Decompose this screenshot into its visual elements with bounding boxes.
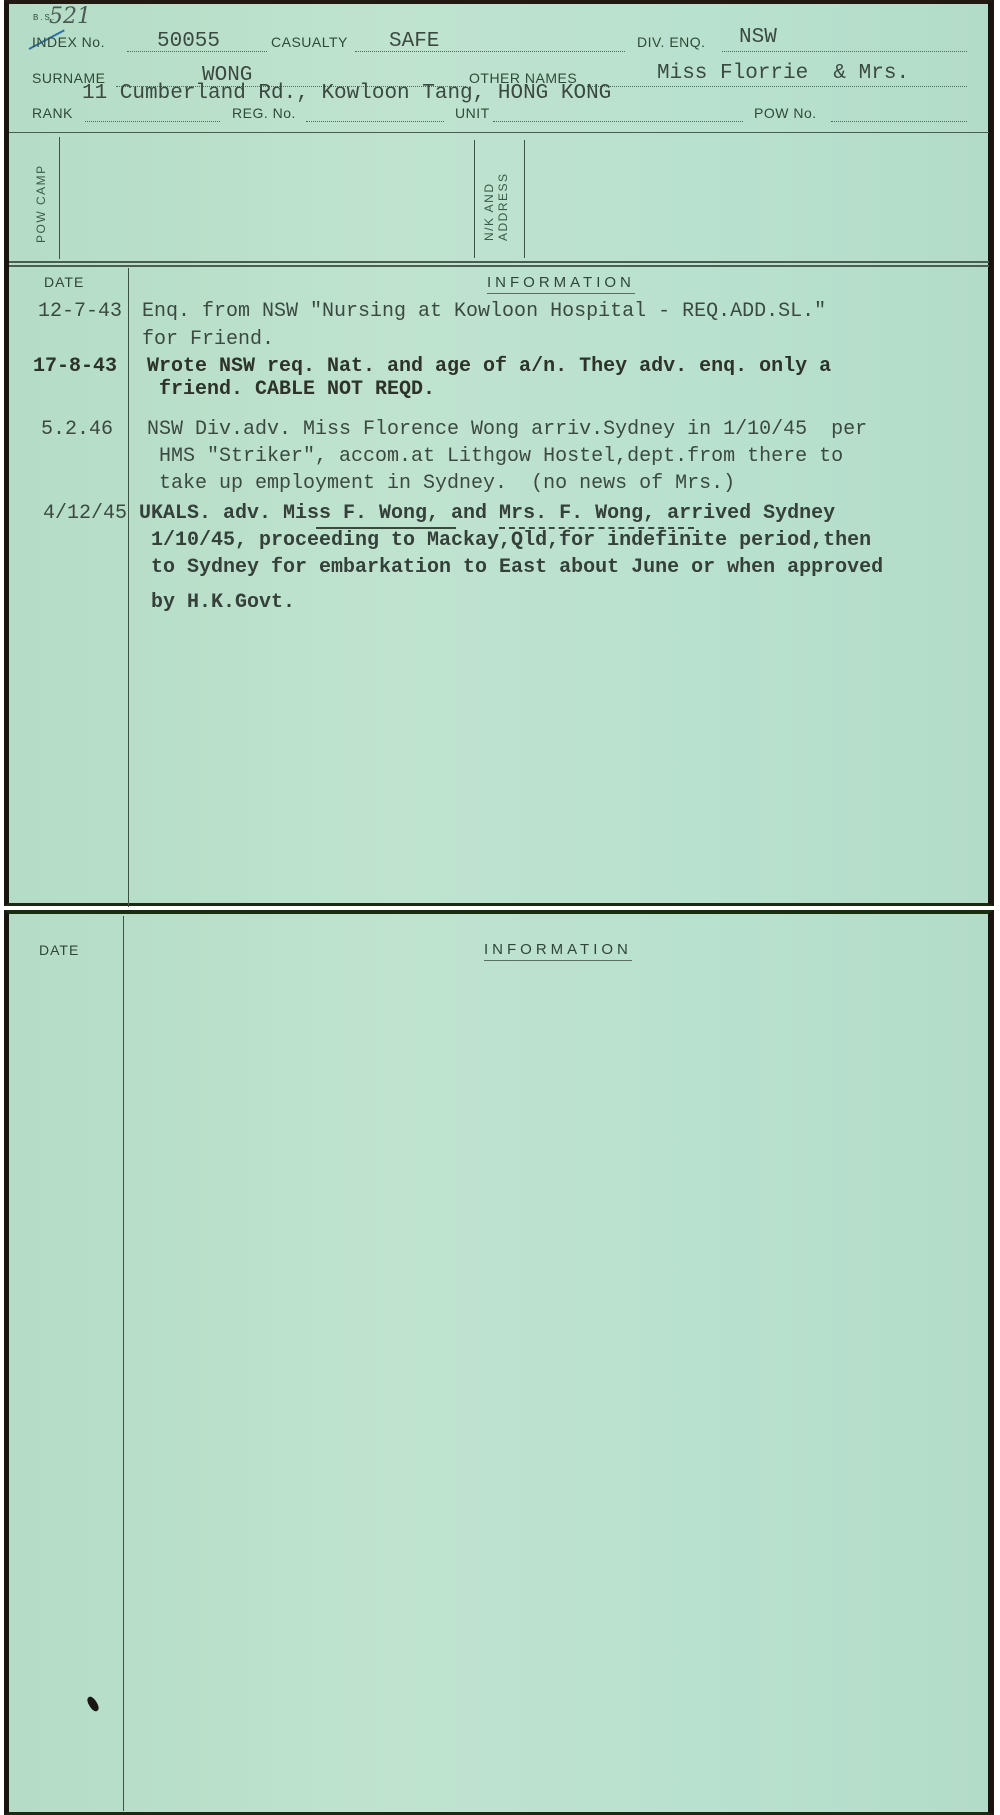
entry-text-line: by H.K.Govt. <box>139 591 295 614</box>
address-value: 11 Cumberland Rd., Kowloon Tang, HONG KO… <box>82 82 611 105</box>
casualty-value: SAFE <box>389 30 439 53</box>
reg-no-label: REG. No. <box>232 105 296 121</box>
other-names-value: Miss Florrie & Mrs. <box>657 62 909 85</box>
entry-date: 12-7-43 <box>9 300 122 323</box>
rank-dotted-line <box>85 121 220 122</box>
entry-text-line: Wrote NSW req. Nat. and age of a/n. They… <box>147 355 831 378</box>
nk-divider-left <box>474 140 475 258</box>
entry-text-line: HMS "Striker", accom.at Lithgow Hostel,d… <box>147 445 843 468</box>
nk-label-line2: ADDRESS <box>496 172 510 241</box>
information-header: INFORMATION <box>484 941 632 961</box>
pow-camp-divider <box>59 137 60 259</box>
date-header: DATE <box>39 942 79 958</box>
index-value: 50055 <box>157 30 220 53</box>
entry-text-line: NSW Div.adv. Miss Florence Wong arriv.Sy… <box>147 418 867 441</box>
other-names-dotted-line <box>587 86 967 87</box>
date-header: DATE <box>44 274 84 290</box>
unit-dotted-line <box>493 121 743 122</box>
pow-camp-label: POW CAMP <box>34 164 48 243</box>
entry-text-line: take up employment in Sydney. (no news o… <box>147 472 735 495</box>
pow-no-dotted-line <box>831 121 967 122</box>
information-header: INFORMATION <box>487 274 635 294</box>
entry-text-line: to Sydney for embarkation to East about … <box>139 556 883 579</box>
entry-text-line: UKALS. adv. Miss F. Wong, and Mrs. F. Wo… <box>139 502 835 525</box>
date-column-divider <box>128 268 129 907</box>
div-enq-value: NSW <box>739 26 777 49</box>
entry-text-line: for Friend. <box>142 328 274 351</box>
reg-no-dotted-line <box>306 121 444 122</box>
entry-text-line: 1/10/45, proceeding to Mackay,Qld,for in… <box>139 529 871 552</box>
entry-date: 4/12/45 <box>9 502 127 525</box>
entry-text-line: friend. CABLE NOT REQD. <box>147 378 435 401</box>
ink-blot <box>85 1695 101 1713</box>
record-card-front: B.S. 521 INDEX No. 50055 CASUALTY SAFE D… <box>4 0 994 906</box>
casualty-label: CASUALTY <box>271 34 348 50</box>
rank-label: RANK <box>32 105 73 121</box>
nk-label-line1: N/K AND <box>482 182 496 241</box>
div-enq-label: DIV. ENQ. <box>637 34 706 50</box>
date-column-divider <box>123 916 124 1811</box>
name-underline <box>316 527 456 529</box>
header-rule <box>9 132 989 133</box>
entry-date: 17-8-43 <box>9 355 117 378</box>
entry-text-line: Enq. from NSW "Nursing at Kowloon Hospit… <box>142 300 826 323</box>
record-card-back: DATE INFORMATION <box>4 910 994 1815</box>
entry-date: 5.2.46 <box>9 418 113 441</box>
name-underline <box>499 527 694 529</box>
double-rule-bottom <box>9 265 989 267</box>
div-enq-dotted-line <box>722 51 967 52</box>
index-label: INDEX No. <box>32 34 105 50</box>
nk-divider-right <box>524 140 525 258</box>
pow-no-label: POW No. <box>754 105 817 121</box>
unit-label: UNIT <box>455 105 490 121</box>
double-rule-top <box>9 261 989 263</box>
handwritten-note: 521 <box>49 4 91 29</box>
